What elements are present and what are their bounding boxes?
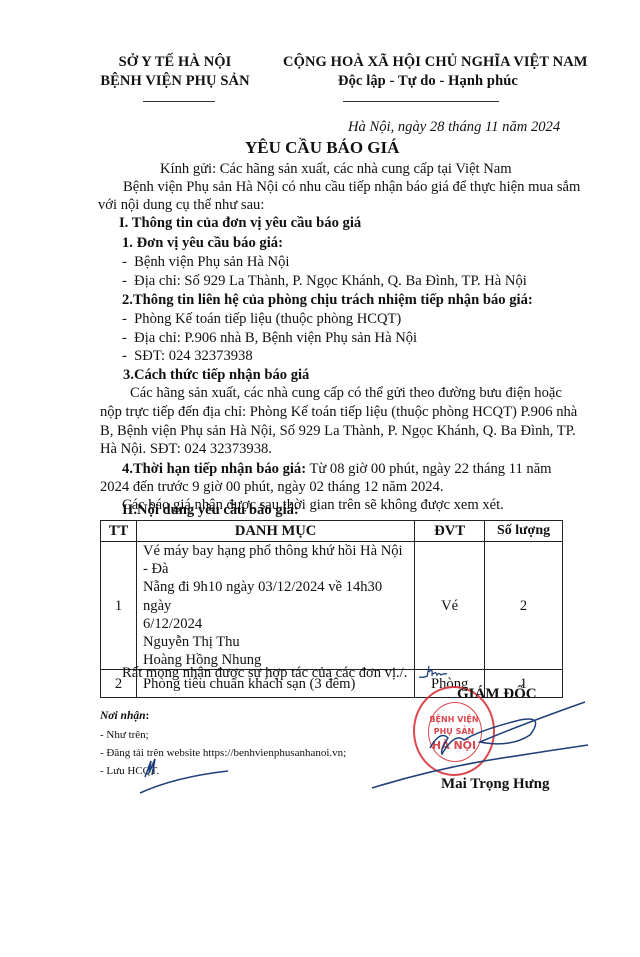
col-header-tt: TT bbox=[101, 521, 137, 542]
org-parent: SỞ Y TẾ HÀ NỘI bbox=[100, 54, 250, 71]
sub4-line-2: 2024 đến trước 9 giờ 00 phút, ngày 02 th… bbox=[100, 478, 444, 497]
intro-line-2: với nội dung cụ thể như sau: bbox=[98, 196, 264, 215]
sub4-line-1: 4.Thời hạn tiếp nhận báo giá: Từ 08 giờ … bbox=[122, 460, 552, 479]
intro-line-1: Bệnh viện Phụ sản Hà Nội có nhu cầu tiếp… bbox=[123, 178, 580, 197]
table-row: 1 Vé máy bay hạng phổ thông khứ hồi Hà N… bbox=[101, 542, 563, 670]
sub2-item-3: - SĐT: 024 32373938 bbox=[122, 347, 253, 366]
sub1-item-2: - Địa chỉ: Số 929 La Thành, P. Ngọc Khán… bbox=[122, 272, 527, 291]
col-header-unit: ĐVT bbox=[415, 521, 485, 542]
sub2-heading: 2.Thông tin liên hệ của phòng chịu trách… bbox=[122, 291, 533, 310]
recipients-heading: Nơi nhận: bbox=[100, 710, 149, 722]
col-header-item: DANH MỤC bbox=[136, 521, 414, 542]
row-item: Vé máy bay hạng phổ thông khứ hồi Hà Nội… bbox=[136, 542, 414, 670]
sub3-line-4: Hà Nội. SĐT: 024 32373938. bbox=[100, 440, 272, 459]
recipient-item: - Như trên; bbox=[100, 729, 149, 741]
signer-name: Mai Trọng Hưng bbox=[441, 776, 549, 793]
sub3-line-1: Các hãng sản xuất, các nhà cung cấp có t… bbox=[130, 384, 562, 403]
document-date: Hà Nội, ngày 28 tháng 11 năm 2024 bbox=[348, 118, 560, 137]
section1-heading: I. Thông tin của đơn vị yêu cầu báo giá bbox=[119, 214, 361, 233]
sub3-line-2: nộp trực tiếp đến địa chỉ: Phòng Kế toán… bbox=[100, 403, 577, 422]
sub1-item-1: - Bệnh viện Phụ sản Hà Nội bbox=[122, 253, 289, 272]
sub3-heading: 3.Cách thức tiếp nhận báo giá bbox=[123, 366, 309, 385]
section2-heading: II.Nội dung yêu cầu báo giá: bbox=[122, 501, 299, 520]
row-unit: Vé bbox=[415, 542, 485, 670]
row-qty: 2 bbox=[485, 542, 563, 670]
document-title: YÊU CẦU BÁO GIÁ bbox=[245, 138, 399, 158]
national-motto: Độc lập - Tự do - Hạnh phúc bbox=[283, 73, 573, 90]
col-header-qty: Số lượng bbox=[485, 521, 563, 542]
addressee: Kính gửi: Các hãng sản xuất, các nhà cun… bbox=[160, 160, 512, 179]
org-name: BỆNH VIỆN PHỤ SẢN bbox=[100, 73, 250, 90]
closing-text: Rất mong nhận được sự hợp tác của các đơ… bbox=[122, 664, 407, 683]
sub1-heading: 1. Đơn vị yêu cầu báo giá: bbox=[122, 234, 283, 253]
initials-scribble-icon bbox=[418, 663, 448, 681]
sub2-item-1: - Phòng Kế toán tiếp liệu (thuộc phòng H… bbox=[122, 310, 401, 329]
sub3-line-3: B, Bệnh viện Phụ sản Hà Nội, Số 929 La T… bbox=[100, 422, 576, 441]
org-underline bbox=[143, 101, 215, 102]
sub2-item-2: - Địa chỉ: P.906 nhà B, Bệnh viện Phụ sả… bbox=[122, 329, 417, 348]
initial-scribble-icon bbox=[135, 755, 230, 795]
row-tt: 1 bbox=[101, 542, 137, 670]
table-header-row: TT DANH MỤC ĐVT Số lượng bbox=[101, 521, 563, 542]
national-title: CỘNG HOÀ XÃ HỘI CHỦ NGHĨA VIỆT NAM bbox=[283, 54, 573, 71]
motto-underline bbox=[343, 101, 499, 102]
